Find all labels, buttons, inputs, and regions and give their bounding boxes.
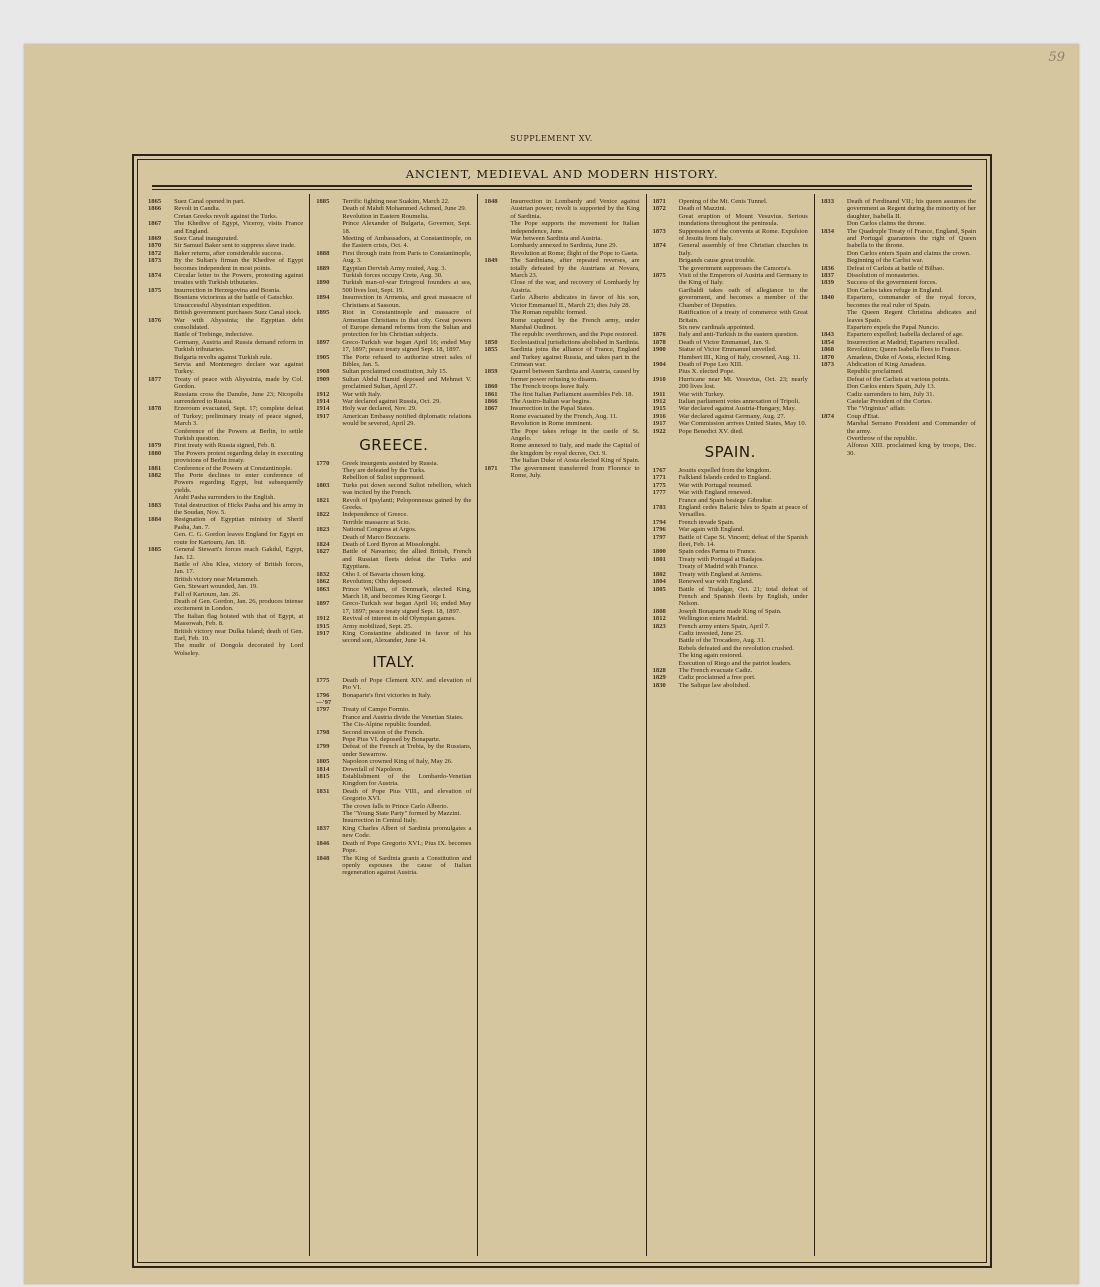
entry-text: The mudir of Dongola decorated by Lord W… bbox=[174, 642, 303, 657]
entry-text: Overthrow of the republic. bbox=[847, 435, 976, 442]
chronology-entry: 1800Spain cedes Parma to France. bbox=[653, 548, 808, 555]
chronology-entry: 1877Treaty of peace with Abyssinia, made… bbox=[148, 376, 303, 391]
chronology-entry: 1808Joseph Bonaparte made King of Spain. bbox=[653, 608, 808, 615]
entry-year: 1823 bbox=[316, 526, 342, 533]
entry-year: 1803 bbox=[316, 482, 342, 497]
chronology-entry: 1916War declared against Germany, Aug. 2… bbox=[653, 413, 808, 420]
entry-text: The Pope takes refuge in the castle of S… bbox=[510, 428, 639, 443]
chronology-entry: 1814Downfall of Napoleon. bbox=[316, 766, 471, 773]
entry-text: Cadiz proclaimed a free port. bbox=[679, 674, 808, 681]
entry-year: 1804 bbox=[653, 578, 679, 585]
entry-text: Don Carlos claims the throne. bbox=[847, 220, 976, 227]
entry-year bbox=[484, 413, 510, 420]
chronology-entry: 1836Defeat of Carlists at battle of Bilb… bbox=[821, 265, 976, 272]
entry-text: Baker returns, after considerable succes… bbox=[174, 250, 303, 257]
entry-year bbox=[148, 354, 174, 361]
chronology-entry: 1783England cedes Balaric Isles to Spain… bbox=[653, 504, 808, 519]
chronology-entry: 1880The Powers protest regarding delay i… bbox=[148, 450, 303, 465]
entry-text: French army enters Spain, April 7. bbox=[679, 623, 808, 630]
entry-text: The Salique law abolished. bbox=[679, 682, 808, 689]
chronology-entry: 1917American Embassy notified diplomatic… bbox=[316, 413, 471, 428]
chronology-entry: Revolution in Eastern Roumelia. bbox=[316, 213, 471, 220]
entry-year: 1866 bbox=[148, 205, 174, 212]
chronology-entry: 1868Revolution; Queen Isabella flees to … bbox=[821, 346, 976, 353]
entry-text: Renewed war with England. bbox=[679, 578, 808, 585]
entry-text: Suez Canal inaugurated. bbox=[174, 235, 303, 242]
entry-year: 1867 bbox=[148, 220, 174, 235]
chronology-entry: 1850Ecclesiastical jurisdictions abolish… bbox=[484, 339, 639, 346]
entry-text: The Italian flag hoisted with that of Eg… bbox=[174, 613, 303, 628]
entry-year: 1894 bbox=[316, 294, 342, 309]
chronology-entry: Death of Marco Bozzaris. bbox=[316, 534, 471, 541]
chronology-entry: 1823French army enters Spain, April 7. bbox=[653, 623, 808, 630]
chronology-entry: 1871The government transferred from Flor… bbox=[484, 465, 639, 480]
entry-text: Revival of interest in old Olympian game… bbox=[342, 615, 471, 622]
entry-year bbox=[821, 435, 847, 442]
entry-year: 1883 bbox=[148, 502, 174, 517]
entry-text: Death of Mahdi Mohammed Achmed, June 29. bbox=[342, 205, 471, 212]
chronology-entry: 1848Insurrection in Lombardy and Venice … bbox=[484, 198, 639, 220]
chronology-entry: 1855Sardinia joins the alliance of Franc… bbox=[484, 346, 639, 368]
chronology-entry: The government suppresses the Camorra's. bbox=[653, 265, 808, 272]
chronology-entry: 1775Death of Pope Clement XIV. and eleva… bbox=[316, 677, 471, 692]
entry-year: 1885 bbox=[316, 198, 342, 205]
chronology-column: 1885Terrific fighting near Suakim, March… bbox=[310, 194, 478, 1256]
chronology-entry: 1883Total destruction of Hicks Pasha and… bbox=[148, 502, 303, 517]
entry-year bbox=[148, 642, 174, 657]
entry-year bbox=[653, 257, 679, 264]
entry-year bbox=[484, 331, 510, 338]
entry-year bbox=[148, 494, 174, 501]
chronology-entry: 1889Egyptian Dervish Army routed, Aug. 3… bbox=[316, 265, 471, 272]
entry-year bbox=[821, 383, 847, 390]
entry-text: Germany, Austria and Russia demand refor… bbox=[174, 339, 303, 354]
chronology-entry: 1861The first Italian Parliament assembl… bbox=[484, 391, 639, 398]
chronology-entry: 1878Death of Victor Emmanuel, Jan. 9. bbox=[653, 339, 808, 346]
chronology-entry: 1873By the Sultan's firman the Khedive o… bbox=[148, 257, 303, 272]
entry-year: 1875 bbox=[653, 272, 679, 287]
chronology-entry: The mudir of Dongola decorated by Lord W… bbox=[148, 642, 303, 657]
entry-text: Revolution in Rome imminent. bbox=[510, 420, 639, 427]
chronology-entry: Rebels defeated and the revolution crush… bbox=[653, 645, 808, 652]
chronology-entry: Humbert III., King of Italy, crowned, Au… bbox=[653, 354, 808, 361]
entry-text: Resignation of Egyptian ministry of Sher… bbox=[174, 516, 303, 531]
entry-text: Sultan proclaimed constitution, July 15. bbox=[342, 368, 471, 375]
chronology-entry: 1904Death of Pope Leo XIII. bbox=[653, 361, 808, 368]
entry-year: 1831 bbox=[316, 788, 342, 803]
chronology-entry: 1888First through train from Paris to Co… bbox=[316, 250, 471, 265]
section-heading: GREECE. bbox=[316, 436, 471, 454]
entry-year: 1829 bbox=[653, 674, 679, 681]
entry-text: Wellington enters Madrid. bbox=[679, 615, 808, 622]
chronology-entry: Cretan Greeks revolt against the Turks. bbox=[148, 213, 303, 220]
entry-year bbox=[316, 714, 342, 721]
chronology-entry: Battle of the Trocadero, Aug. 31. bbox=[653, 637, 808, 644]
chronology-entry: The "Virginius" affair. bbox=[821, 405, 976, 412]
entry-year: 1868 bbox=[821, 346, 847, 353]
entry-year bbox=[148, 591, 174, 598]
entry-text: First through train from Paris to Consta… bbox=[342, 250, 471, 265]
entry-year bbox=[653, 630, 679, 637]
chronology-column: 1871Opening of the Mt. Cenis Tunnel.1872… bbox=[647, 194, 815, 1256]
chronology-entry: Overthrow of the republic. bbox=[821, 435, 976, 442]
entry-year: 1794 bbox=[653, 519, 679, 526]
chronology-entry: Execution of Riego and the patriot leade… bbox=[653, 660, 808, 667]
chronology-entry: 1854Insurrection at Madrid; Espartero re… bbox=[821, 339, 976, 346]
chronology-entry: 1874Circular letter to the Powers, prote… bbox=[148, 272, 303, 287]
entry-text: The Cis-Alpine republic founded. bbox=[342, 721, 471, 728]
entry-text: Amadeus, Duke of Aosta, elected King. bbox=[847, 354, 976, 361]
entry-year: 1873 bbox=[653, 228, 679, 243]
entry-year: 1848 bbox=[484, 198, 510, 220]
chronology-entry: 1777War with England renewed. bbox=[653, 489, 808, 496]
entry-text: Brigands cause great trouble. bbox=[679, 257, 808, 264]
entry-year bbox=[484, 428, 510, 443]
chronology-entry: 1881Conference of the Powers at Constant… bbox=[148, 465, 303, 472]
entry-year bbox=[148, 428, 174, 443]
entry-text: Bonaparte's first victories in Italy. bbox=[342, 692, 471, 707]
entry-year: 1897 bbox=[316, 600, 342, 615]
entry-text: Execution of Riego and the patriot leade… bbox=[679, 660, 808, 667]
entry-year bbox=[148, 309, 174, 316]
entry-year bbox=[148, 302, 174, 309]
entry-year: 1799 bbox=[316, 743, 342, 758]
entry-text: Carlo Alberto abdicates in favor of his … bbox=[510, 294, 639, 309]
chronology-entry: 1872Death of Mazzini. bbox=[653, 205, 808, 212]
entry-year: 1914 bbox=[316, 405, 342, 412]
chronology-entry: 1917War Commission arrives United States… bbox=[653, 420, 808, 427]
entry-year bbox=[148, 531, 174, 546]
entry-text: Treaty of peace with Abyssinia, made by … bbox=[174, 376, 303, 391]
section-heading: SPAIN. bbox=[653, 443, 808, 461]
entry-year: 1878 bbox=[148, 405, 174, 427]
entry-year: 1912 bbox=[316, 615, 342, 622]
entry-text: Second invasion of the French. bbox=[342, 729, 471, 736]
chronology-entry: 1859Quarrel between Sardinia and Austria… bbox=[484, 368, 639, 383]
entry-year: 1876 bbox=[148, 317, 174, 332]
entry-year bbox=[484, 220, 510, 235]
entry-year: 1823 bbox=[653, 623, 679, 630]
chronology-entry: Pius X. elected Pope. bbox=[653, 368, 808, 375]
entry-year bbox=[484, 442, 510, 457]
entry-year bbox=[484, 250, 510, 257]
entry-text: The French evacuate Cadiz. bbox=[679, 667, 808, 674]
entry-year bbox=[148, 213, 174, 220]
entry-text: Meeting of Ambassadors, at Constantinopl… bbox=[342, 235, 471, 250]
entry-year bbox=[316, 810, 342, 817]
chronology-entry: Don Carlos enters Spain and claims the c… bbox=[821, 250, 976, 257]
entry-year: 1848 bbox=[316, 855, 342, 877]
chronology-entry: 1830The Salique law abolished. bbox=[653, 682, 808, 689]
entry-text: The Quadruple Treaty of France, England,… bbox=[847, 228, 976, 250]
chronology-entry: 1796War again with England. bbox=[653, 526, 808, 533]
entry-text: They are defeated by the Turks. bbox=[342, 467, 471, 474]
chronology-entry: Great eruption of Mount Vesuvius. Seriou… bbox=[653, 213, 808, 228]
entry-year: 1798 bbox=[316, 729, 342, 736]
entry-text: Espartero expelled; Isabella declared of… bbox=[847, 331, 976, 338]
entry-year bbox=[316, 272, 342, 279]
entry-year: 1872 bbox=[148, 250, 174, 257]
entry-text: French invade Spain. bbox=[679, 519, 808, 526]
entry-text: Death of Pope Clement XIV. and elevation… bbox=[342, 677, 471, 692]
document-page: 59 SUPPLEMENT XV. ANCIENT, MEDIEVAL AND … bbox=[24, 44, 1079, 1284]
entry-year bbox=[653, 368, 679, 375]
entry-year bbox=[316, 220, 342, 235]
entry-text: Death of Lord Byron at Missolonghi. bbox=[342, 541, 471, 548]
entry-text: War with Portugal resumed. bbox=[679, 482, 808, 489]
entry-year: 1797 bbox=[316, 706, 342, 713]
entry-text: The first Italian Parliament assembles F… bbox=[510, 391, 639, 398]
chronology-entry: 1833Death of Ferdinand VII.; his queen a… bbox=[821, 198, 976, 220]
chronology-entry: 1797Battle of Cape St. Vincent; defeat o… bbox=[653, 534, 808, 549]
entry-year: 1866 bbox=[484, 398, 510, 405]
entry-year: 1862 bbox=[316, 578, 342, 585]
chronology-entry: The Roman republic formed. bbox=[484, 309, 639, 316]
entry-text: Pope Benedict XV. died. bbox=[679, 428, 808, 435]
entry-text: Battle of Navarino; the allied British, … bbox=[342, 548, 471, 570]
chronology-entry: 1873Abdication of King Amadeus. bbox=[821, 361, 976, 368]
entry-year: 1828 bbox=[653, 667, 679, 674]
entry-year: 1869 bbox=[148, 235, 174, 242]
entry-year bbox=[653, 645, 679, 652]
entry-year bbox=[653, 354, 679, 361]
entry-year: 1827 bbox=[316, 548, 342, 570]
entry-year bbox=[316, 205, 342, 212]
chronology-entry: Unsuccessful Abyssinian expedition. bbox=[148, 302, 303, 309]
entry-text: Defeat of the French at Trebia, by the R… bbox=[342, 743, 471, 758]
entry-text: War declared against Austria-Hungary, Ma… bbox=[679, 405, 808, 412]
entry-text: Revolt in Candia. bbox=[174, 205, 303, 212]
chronology-entry: Ratification of a treaty of commerce wit… bbox=[653, 309, 808, 324]
entry-text: War with Abyssinia; the Egyptian debt co… bbox=[174, 317, 303, 332]
chronology-entry: 1862Revolution; Otho deposed. bbox=[316, 578, 471, 585]
entry-text: Gen. Stewart wounded, Jan. 19. bbox=[174, 583, 303, 590]
entry-year: 1837 bbox=[821, 272, 847, 279]
entry-year: 1917 bbox=[653, 420, 679, 427]
entry-year: 1836 bbox=[821, 265, 847, 272]
entry-year: 1911 bbox=[653, 391, 679, 398]
chronology-entry: Bosnians victorious at the battle of Gat… bbox=[148, 294, 303, 301]
entry-year: 1771 bbox=[653, 474, 679, 481]
entry-text: The Powers protest regarding delay in ex… bbox=[174, 450, 303, 465]
entry-text: The Pope supports the movement for Itali… bbox=[510, 220, 639, 235]
entry-text: Independence of Greece. bbox=[342, 511, 471, 518]
entry-text: Insurrection in the Papal States. bbox=[510, 405, 639, 412]
entry-text: Death of Pope Gregorio XVI.; Pius IX. be… bbox=[342, 840, 471, 855]
entry-year: 1875 bbox=[148, 287, 174, 294]
entry-year: 1800 bbox=[653, 548, 679, 555]
entry-text: Rebels defeated and the revolution crush… bbox=[679, 645, 808, 652]
entry-text: Treaty of Madrid with France. bbox=[679, 563, 808, 570]
chronology-entry: 1846Death of Pope Gregorio XVI.; Pius IX… bbox=[316, 840, 471, 855]
chronology-entry: Revolution in Rome imminent. bbox=[484, 420, 639, 427]
chronology-entry: Espartero expels the Papal Nuncio. bbox=[821, 324, 976, 331]
entry-text: Rebellion of Suliot suppressed. bbox=[342, 474, 471, 481]
chronology-entry: Turkish forces occupy Crete, Aug. 30. bbox=[316, 272, 471, 279]
chronology-entry: Death of Gen. Gordon, Jan. 26, produces … bbox=[148, 598, 303, 613]
chronology-entry: 1821Revolt of Ipsylanti; Peloponnesus ga… bbox=[316, 497, 471, 512]
chronology-entry: Carlo Alberto abdicates in favor of his … bbox=[484, 294, 639, 309]
entry-text: Beginning of the Carlist war. bbox=[847, 257, 976, 264]
chronology-entry: 1866Revolt in Candia. bbox=[148, 205, 303, 212]
chronology-entry: 1824Death of Lord Byron at Missolonghi. bbox=[316, 541, 471, 548]
entry-year bbox=[821, 420, 847, 435]
entry-year bbox=[821, 442, 847, 457]
chronology-entry: 1839Success of the government forces. bbox=[821, 279, 976, 286]
entry-year bbox=[653, 287, 679, 309]
entry-year: 1915 bbox=[653, 405, 679, 412]
entry-year: 1890 bbox=[316, 279, 342, 294]
entry-text: Death of Mazzini. bbox=[679, 205, 808, 212]
chronology-entry: Fall of Kartoum, Jan. 26. bbox=[148, 591, 303, 598]
chronology-entry: 1799Defeat of the French at Trebia, by t… bbox=[316, 743, 471, 758]
entry-text: The government suppresses the Camorra's. bbox=[679, 265, 808, 272]
chronology-entry: 1882The Porte declines to enter conferen… bbox=[148, 472, 303, 494]
chronology-entry: 1917King Constantine abdicated in favor … bbox=[316, 630, 471, 645]
chronology-entry: 1912Revival of interest in old Olympian … bbox=[316, 615, 471, 622]
chronology-entry: 1837King Charles Albert of Sardinia prom… bbox=[316, 825, 471, 840]
entry-text: Greek insurgents assisted by Russia. bbox=[342, 460, 471, 467]
chronology-entry: 1922Pope Benedict XV. died. bbox=[653, 428, 808, 435]
entry-text: Death of Pope Leo XIII. bbox=[679, 361, 808, 368]
entry-year: 1837 bbox=[316, 825, 342, 840]
entry-text: Abdication of King Amadeus. bbox=[847, 361, 976, 368]
entry-year: 1888 bbox=[316, 250, 342, 265]
entry-year bbox=[484, 294, 510, 309]
chronology-entry: Brigands cause great trouble. bbox=[653, 257, 808, 264]
entry-year bbox=[316, 721, 342, 728]
chronology-entry: 1914War declared against Russia, Oct. 29… bbox=[316, 398, 471, 405]
section-heading: ITALY. bbox=[316, 653, 471, 671]
entry-year: 1874 bbox=[821, 413, 847, 420]
chronology-entry: 1798Second invasion of the French. bbox=[316, 729, 471, 736]
entry-year bbox=[821, 309, 847, 324]
entry-year bbox=[148, 613, 174, 628]
entry-year bbox=[653, 324, 679, 331]
entry-year: 1860 bbox=[484, 383, 510, 390]
entry-text: Suez Canal opened in part. bbox=[174, 198, 303, 205]
entry-year: 1873 bbox=[821, 361, 847, 368]
entry-year: 1815 bbox=[316, 773, 342, 788]
entry-text: Unsuccessful Abyssinian expedition. bbox=[174, 302, 303, 309]
chronology-entry: Defeat of the Carlists at various points… bbox=[821, 376, 976, 383]
entry-text: The king again restored. bbox=[679, 652, 808, 659]
entry-text: Prince William, of Denmark, elected King… bbox=[342, 586, 471, 601]
entry-year: 1802 bbox=[653, 571, 679, 578]
entry-text: The republic overthrown, and the Pope re… bbox=[510, 331, 639, 338]
entry-year: 1912 bbox=[653, 398, 679, 405]
chronology-entry: War between Sardinia and Austria. bbox=[484, 235, 639, 242]
entry-text: War with England renewed. bbox=[679, 489, 808, 496]
entry-text: Castelar President of the Cortes. bbox=[847, 398, 976, 405]
entry-year: 1897 bbox=[316, 339, 342, 354]
entry-text: Establishment of the Lombardo-Venetian K… bbox=[342, 773, 471, 788]
entry-year: 1885 bbox=[148, 546, 174, 561]
entry-year bbox=[821, 324, 847, 331]
entry-year: 1914 bbox=[316, 398, 342, 405]
entry-text: The Roman republic formed. bbox=[510, 309, 639, 316]
entry-text: Battle of Cape St. Vincent; defeat of th… bbox=[679, 534, 808, 549]
chronology-entry: 1803Turks put down second Suliot rebelli… bbox=[316, 482, 471, 497]
entry-year: 1915 bbox=[316, 623, 342, 630]
chronology-entry: 1828The French evacuate Cadiz. bbox=[653, 667, 808, 674]
chronology-entry: The "Young State Party" formed by Mazzin… bbox=[316, 810, 471, 817]
chronology-entry: 1895Riot in Constantinople and massacre … bbox=[316, 309, 471, 339]
entry-year bbox=[148, 576, 174, 583]
chronology-entry: Prince Alexander of Bulgaria, Governor, … bbox=[316, 220, 471, 235]
entry-year: 1881 bbox=[148, 465, 174, 472]
entry-year: 1879 bbox=[148, 442, 174, 449]
chronology-entry: Cadiz surrenders to him, July 31. bbox=[821, 391, 976, 398]
chronology-entry: Terrible massacre at Scio. bbox=[316, 519, 471, 526]
entry-year bbox=[484, 235, 510, 242]
entry-text: Russians cross the Danube, June 23; Nico… bbox=[174, 391, 303, 406]
chronology-entry: 1849The Sardinians, after repeated rever… bbox=[484, 257, 639, 279]
entry-year: 1871 bbox=[653, 198, 679, 205]
entry-text: Dissolution of monasteries. bbox=[847, 272, 976, 279]
entry-year: 1777 bbox=[653, 489, 679, 496]
entry-text: General Stewart's forces reach Gakdul, E… bbox=[174, 546, 303, 561]
entry-text: National Congress at Argos. bbox=[342, 526, 471, 533]
entry-year bbox=[484, 317, 510, 332]
entry-text: War Commission arrives United States, Ma… bbox=[679, 420, 808, 427]
chronology-entry: 1770Greek insurgents assisted by Russia. bbox=[316, 460, 471, 467]
entry-text: Servia and Montenegro declare war agains… bbox=[174, 361, 303, 376]
entry-text: First treaty with Russia signed, Feb. 8. bbox=[174, 442, 303, 449]
entry-year: 1877 bbox=[148, 376, 174, 391]
chronology-column: 1865Suez Canal opened in part.1866Revolt… bbox=[142, 194, 310, 1256]
entry-year bbox=[653, 309, 679, 324]
chronology-entry: Revolution at Rome; flight of the Pope t… bbox=[484, 250, 639, 257]
entry-text: Otho I. of Bavaria chosen king. bbox=[342, 571, 471, 578]
chronology-entry: 1771Falkland Islands ceded to England. bbox=[653, 474, 808, 481]
chronology-entry: Gen. C. G. Gordon leaves England for Egy… bbox=[148, 531, 303, 546]
entry-text: Quarrel between Sardinia and Austria, ca… bbox=[510, 368, 639, 383]
entry-year bbox=[316, 467, 342, 474]
entry-text: Greco-Turkish war began April 16; ended … bbox=[342, 600, 471, 615]
entry-text: Opening of the Mt. Cenis Tunnel. bbox=[679, 198, 808, 205]
entry-year bbox=[484, 242, 510, 249]
chronology-entry: 1884Resignation of Egyptian ministry of … bbox=[148, 516, 303, 531]
chronology-entry: 1812Wellington enters Madrid. bbox=[653, 615, 808, 622]
entry-year: 1867 bbox=[484, 405, 510, 412]
chronology-entry: 1912Italian parliament votes annexation … bbox=[653, 398, 808, 405]
entry-year: 1904 bbox=[653, 361, 679, 368]
entry-year bbox=[821, 391, 847, 398]
entry-text: Italy and anti-Turkish in the eastern qu… bbox=[679, 331, 808, 338]
entry-text: British victory near Metammeh. bbox=[174, 576, 303, 583]
entry-text: Treaty with England at Amiens. bbox=[679, 571, 808, 578]
chronology-entry: Conference of the Powers at Berlin, to s… bbox=[148, 428, 303, 443]
chronology-entry: The Pope supports the movement for Itali… bbox=[484, 220, 639, 235]
chronology-entry: 1875Visit of the Emperors of Austria and… bbox=[653, 272, 808, 287]
chronology-entry: 1871Opening of the Mt. Cenis Tunnel. bbox=[653, 198, 808, 205]
entry-year: 1859 bbox=[484, 368, 510, 383]
entry-text: Holy war declared, Nov. 29. bbox=[342, 405, 471, 412]
entry-year: 1882 bbox=[148, 472, 174, 494]
entry-year: 1834 bbox=[821, 228, 847, 250]
entry-text: Spain cedes Parma to France. bbox=[679, 548, 808, 555]
entry-text: Insurrection in Armenia, and great massa… bbox=[342, 294, 471, 309]
entry-year: 1916 bbox=[653, 413, 679, 420]
entry-text: Don Carlos enters Spain and claims the c… bbox=[847, 250, 976, 257]
chronology-entry: The Cis-Alpine republic founded. bbox=[316, 721, 471, 728]
entry-year bbox=[821, 398, 847, 405]
entry-text: Bosnians victorious at the battle of Gat… bbox=[174, 294, 303, 301]
chronology-entry: Insurrection in Central Italy. bbox=[316, 817, 471, 824]
entry-text: Revolt of Ipsylanti; Peloponnesus gained… bbox=[342, 497, 471, 512]
chronology-entry: 1870Sir Samuel Baker sent to suppress sl… bbox=[148, 242, 303, 249]
